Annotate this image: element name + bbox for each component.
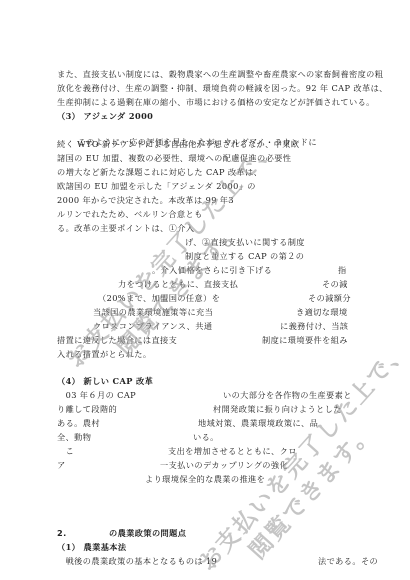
paragraph-fragment: き適切な環境 xyxy=(296,306,348,318)
section-heading: （1） 農業基本法 xyxy=(57,541,126,553)
paragraph-fragment: 法である。その xyxy=(318,555,378,567)
paragraph-line: 戦後の農業政策の基本となるものは 19 xyxy=(57,555,217,567)
paragraph-line: ア xyxy=(57,459,66,471)
paragraph-line: 放化を義務付け、生産の調整・抑制、環境負荷の軽減を図った。92 年 CAP 改革… xyxy=(57,82,388,94)
paragraph-line: げ、②直接支払いに関する制度 xyxy=(185,236,305,248)
paragraph-line: 続く WTO 新ラウンドによる自由化が予想されるなか、中東欧 xyxy=(57,138,299,150)
paragraph-line: 2000 年からで決定された。本改革は 99 年3 xyxy=(57,194,234,206)
paragraph-line: 。介入価格をさらに引き下げる xyxy=(152,264,272,276)
paragraph-fragment: 一支払いのデカップリングの強化 xyxy=(160,459,288,471)
paragraph-fragment: いる。 xyxy=(193,431,219,443)
section-heading: （3） アジェンダ 2000 xyxy=(57,110,153,122)
paragraph-line: 全、動物 xyxy=(57,431,91,443)
paragraph-fragment: より環境保全的な農業の推進を xyxy=(145,473,265,485)
paragraph-line: 03 年６月の CAP xyxy=(57,389,136,401)
paragraph-line: 措置に違反した場合には直接支 xyxy=(57,334,177,346)
paragraph-line: こ xyxy=(57,445,74,457)
paragraph-line: （20%まで、加盟国の任意）を xyxy=(98,292,220,304)
paragraph-line: ルリンでれたため、ベルリン合意とも xyxy=(57,208,203,220)
document-page: また、直接支払い制度には、穀物農家への生産調整や畜産農家への家畜飼養密度の粗 放… xyxy=(0,0,410,580)
paragraph-fragment: 支出を増加させるとともに、クロ xyxy=(168,445,297,457)
paragraph-line: 諸国の EU 加盟、複数の必要性、環境への配慮促進の必要性 xyxy=(57,152,291,164)
paragraph-line: また、直接支払い制度には、穀物農家への生産調整や畜産農家への家畜飼養密度の粗 xyxy=(57,68,383,80)
paragraph-line: ある。農村 xyxy=(57,417,100,429)
paragraph-line: 制度と並立する CAP の第２の xyxy=(185,250,304,262)
paragraph-line: クロスコンプライアンス、共通 xyxy=(93,320,212,332)
paragraph-line: の増大など新たな課題これに対応した CAP 改革は、 xyxy=(57,166,262,178)
paragraph-line: 力をつけるとともに、直接支払 xyxy=(118,278,238,290)
paragraph-line: 生産抑制による過剰在庫の縮小、市場における価格の安定などが評価されている。 xyxy=(57,96,375,108)
paragraph-fragment: 村開発政策に振り向けようとした xyxy=(213,403,342,415)
paragraph-line: 入れる措置がとられた。 xyxy=(57,348,151,360)
section-heading: （4） 新しい CAP 改革 xyxy=(57,375,153,387)
paragraph-line: る。改革の主要ポイントは、①介入 xyxy=(57,222,194,234)
paragraph-fragment: いの大部分を各作物の生産要素と xyxy=(223,389,352,401)
paragraph-fragment: 制度に環境要件を組み xyxy=(262,334,348,346)
chapter-heading: の農業政策の問題点 xyxy=(109,527,186,539)
paragraph-fragment: その減額分 xyxy=(308,292,351,304)
paragraph-fragment: 地域対策、農業環境政策に、品 xyxy=(198,417,318,429)
paragraph-fragment: に義務付け、当該 xyxy=(280,320,348,332)
paragraph-fragment: 指 xyxy=(338,264,347,276)
paragraph-line: り離して段階的 xyxy=(57,403,117,415)
paragraph-line: 欧諸国の EU 加盟を示した「アジェンダ 2000」の xyxy=(57,180,256,192)
chapter-heading-number: 2. xyxy=(57,527,67,539)
watermark-text: 閲覧できます。 xyxy=(240,414,380,565)
paragraph-fragment: その減 xyxy=(322,278,348,290)
paragraph-line: 当該国の農業環境施策等に充当 xyxy=(93,306,213,318)
